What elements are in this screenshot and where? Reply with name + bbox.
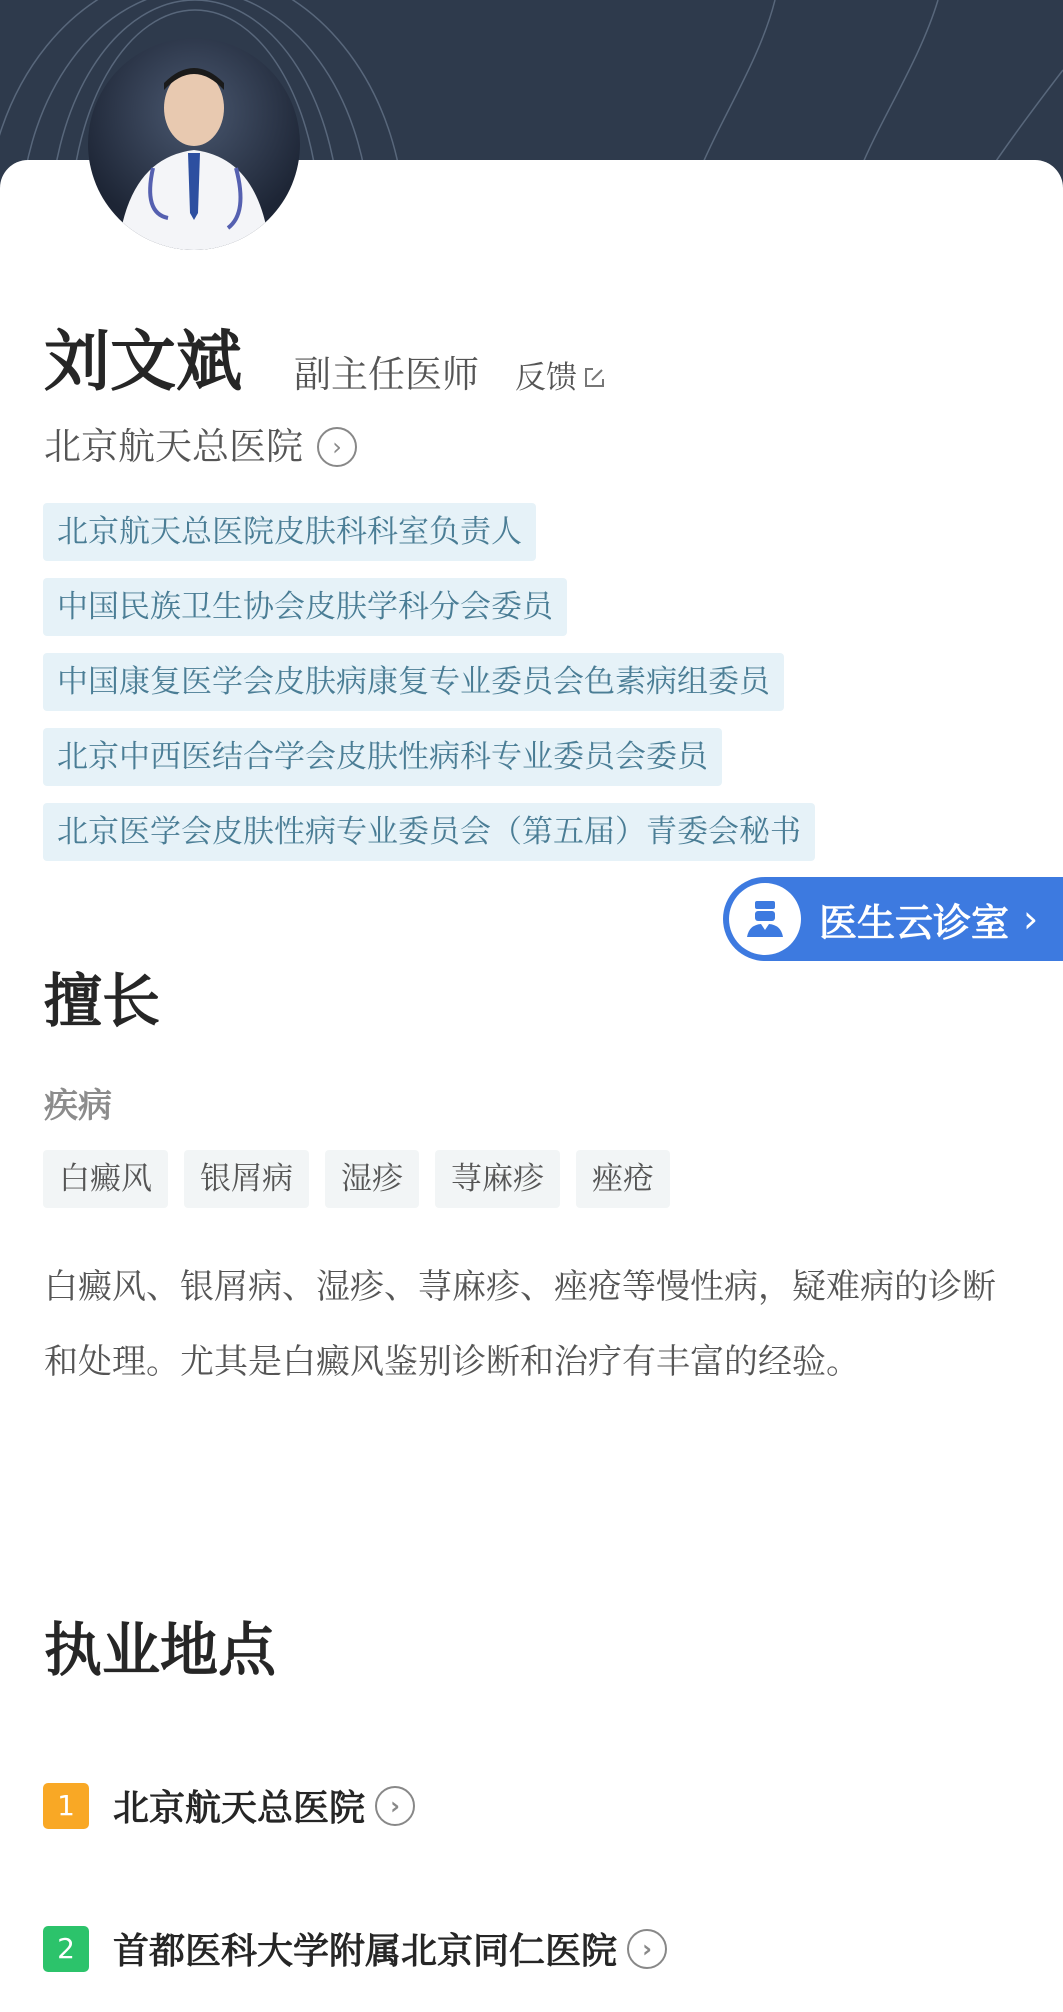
location-item[interactable]: 2 首都医科大学附属北京同仁医院 ›	[43, 1923, 667, 1974]
location-index-badge: 1	[43, 1783, 89, 1829]
disease-tag[interactable]: 白癜风	[43, 1150, 168, 1208]
chevron-right-circle-icon: ›	[627, 1929, 667, 1969]
role-tags: 北京航天总医院皮肤科科室负责人 中国民族卫生协会皮肤学科分会委员 中国康复医学会…	[43, 503, 815, 861]
disease-tag[interactable]: 荨麻疹	[435, 1150, 560, 1208]
disease-tag[interactable]: 银屑病	[184, 1150, 309, 1208]
disease-tags: 白癜风 银屑病 湿疹 荨麻疹 痤疮	[43, 1150, 670, 1208]
cloud-clinic-label: 医生云诊室	[819, 892, 1009, 947]
location-index-badge: 2	[43, 1926, 89, 1972]
expertise-heading: 擅长	[44, 966, 160, 1036]
location-name: 首都医科大学附属北京同仁医院	[113, 1923, 617, 1974]
expertise-description: 白癜风、银屑病、湿疹、荨麻疹、痤疮等慢性病，疑难病的诊断和处理。尤其是白癜风鉴别…	[44, 1250, 1024, 1400]
feedback-button[interactable]: 反馈	[515, 356, 607, 400]
doctor-avatar	[88, 38, 300, 250]
disease-label: 疾病	[44, 1082, 112, 1130]
chevron-right-circle-icon: ›	[375, 1786, 415, 1826]
location-name: 北京航天总医院	[113, 1780, 365, 1831]
hospital-link[interactable]: 北京航天总医院 ›	[44, 421, 357, 473]
role-tag: 中国民族卫生协会皮肤学科分会委员	[43, 578, 567, 636]
role-tag: 北京医学会皮肤性病专业委员会（第五届）青委会秘书	[43, 803, 815, 861]
locations-heading: 执业地点	[44, 1615, 276, 1685]
doctor-name: 刘文斌	[44, 322, 242, 402]
doctor-title: 副主任医师	[294, 350, 479, 400]
location-item[interactable]: 1 北京航天总医院 ›	[43, 1780, 415, 1831]
hospital-name: 北京航天总医院	[44, 421, 303, 473]
chevron-right-circle-icon: ›	[317, 427, 357, 467]
chevron-right-icon: ›	[1023, 897, 1038, 941]
disease-tag[interactable]: 痤疮	[576, 1150, 670, 1208]
doctor-icon	[729, 883, 801, 955]
edit-icon	[581, 365, 607, 391]
role-tag: 中国康复医学会皮肤病康复专业委员会色素病组委员	[43, 653, 784, 711]
role-tag: 北京中西医结合学会皮肤性病科专业委员会委员	[43, 728, 722, 786]
role-tag: 北京航天总医院皮肤科科室负责人	[43, 503, 536, 561]
feedback-label: 反馈	[515, 356, 577, 400]
cloud-clinic-button[interactable]: 医生云诊室 ›	[723, 877, 1063, 961]
disease-tag[interactable]: 湿疹	[325, 1150, 419, 1208]
